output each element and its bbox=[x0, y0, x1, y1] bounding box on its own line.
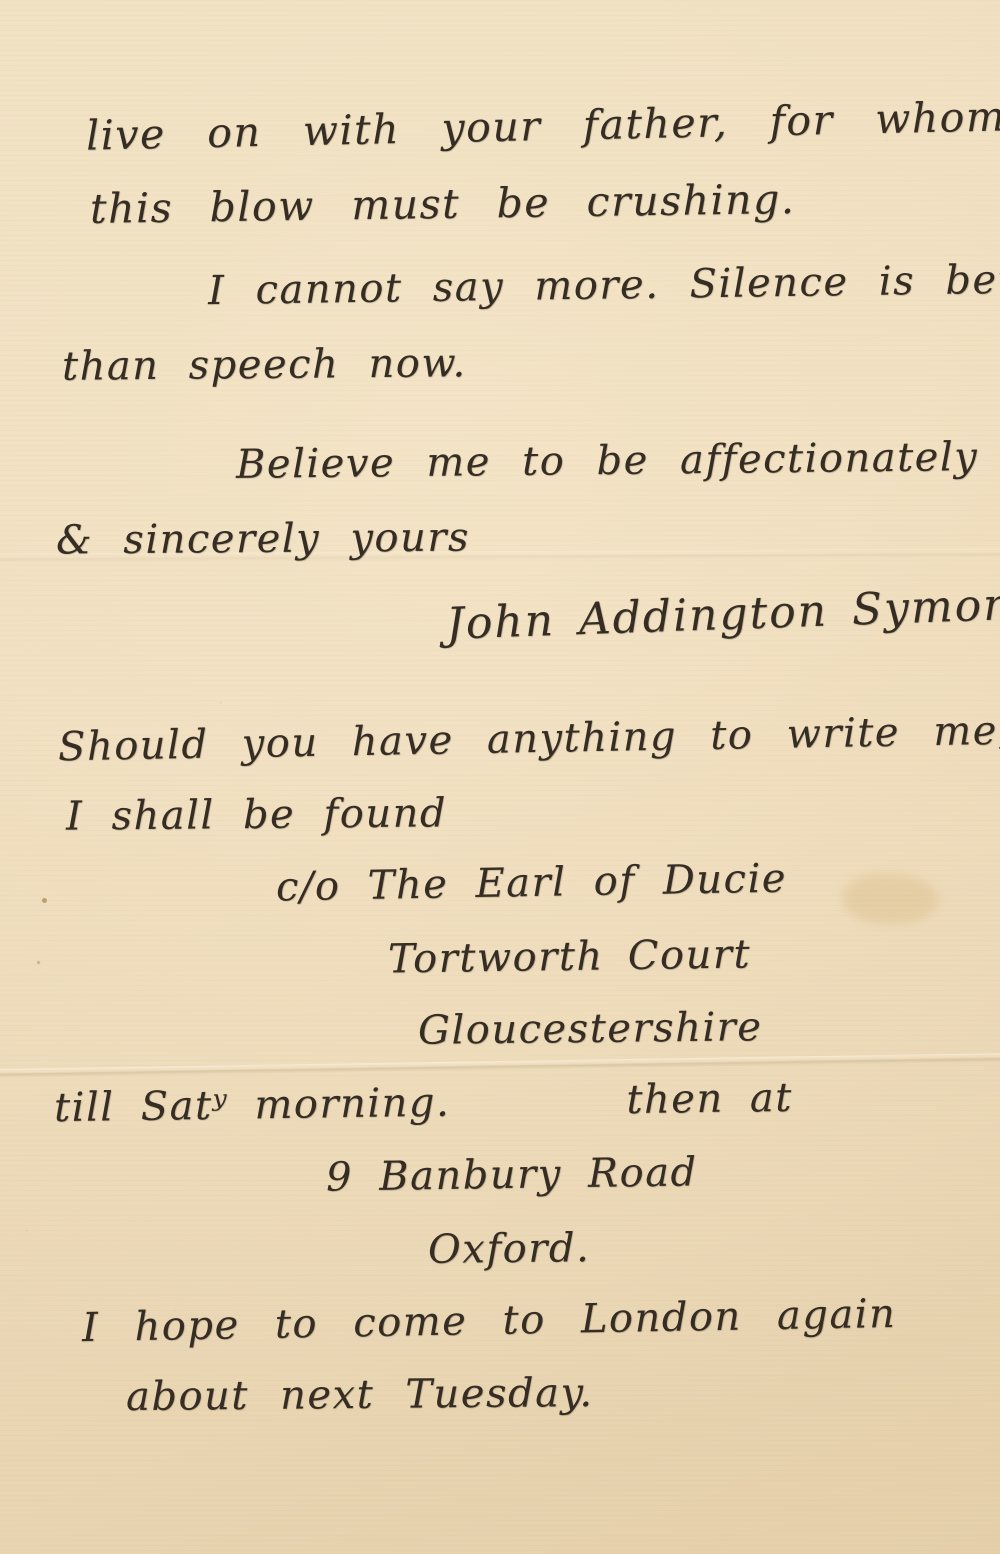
letter-page: live on with your father, for whom this … bbox=[0, 0, 1000, 1554]
letter-line-left: till Satʸ morning. bbox=[54, 1080, 451, 1132]
letter-line-right: then at bbox=[626, 1075, 793, 1123]
letter-line: live on with your father, for whom bbox=[86, 92, 1000, 159]
foxing-specks bbox=[42, 898, 47, 903]
letter-line: c/o The Earl of Ducie bbox=[276, 856, 788, 911]
letter-line: Tortworth Court bbox=[388, 931, 752, 982]
letter-line: Should you have anything to write me, bbox=[58, 708, 1000, 771]
letter-line: 9 Banbury Road bbox=[326, 1149, 698, 1200]
letter-line: this blow must be crushing. bbox=[90, 175, 796, 233]
letter-line: than speech now. bbox=[62, 340, 467, 390]
letter-line: I cannot say more. Silence is better bbox=[208, 256, 1000, 314]
letter-line: I hope to come to London again bbox=[82, 1291, 897, 1351]
letter-line: about next Tuesday. bbox=[126, 1370, 594, 1420]
fold-crease-lower bbox=[0, 1053, 1000, 1078]
letter-line: till Satʸ morning. then at bbox=[54, 1075, 793, 1131]
signature: John Addington Symonds bbox=[445, 577, 1000, 650]
letter-line: Oxford. bbox=[428, 1225, 591, 1273]
letter-line: Believe me to be affectionately bbox=[236, 434, 979, 488]
paper-stain bbox=[843, 874, 939, 924]
letter-line: Gloucestershire bbox=[418, 1004, 763, 1054]
letter-line: I shall be found bbox=[66, 790, 447, 839]
letter-line: & sincerely yours bbox=[56, 515, 470, 564]
